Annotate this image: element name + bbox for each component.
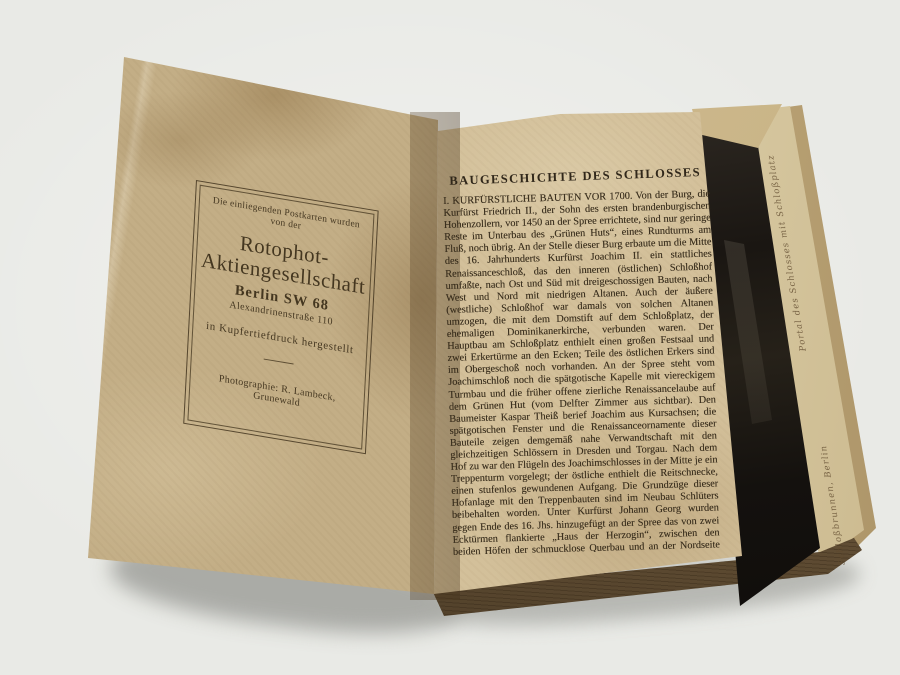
stamp-divider bbox=[264, 359, 294, 365]
book-shadow-left bbox=[107, 527, 464, 647]
stamp-box: Die einliegenden Postkarten wurden von d… bbox=[183, 180, 378, 454]
page-heading: BAUGESCHICHTE DES SCHLOSSES bbox=[444, 165, 706, 189]
photo-of-open-booklet: Die einliegenden Postkarten wurden von d… bbox=[0, 0, 900, 675]
stamp-photographer-credit: Photographie: R. Lambeck, Grunewald bbox=[194, 369, 360, 419]
edge-caption-bottom: Schloßbrunnen, Berlin bbox=[819, 444, 848, 566]
book-shadow-right bbox=[429, 547, 862, 636]
page-body-text: I. KURFÜRSTLICHE BAUTEN VOR 1700. Von de… bbox=[443, 189, 720, 556]
stamp-inner-frame: Die einliegenden Postkarten wurden von d… bbox=[187, 185, 374, 450]
edge-caption-top: Portal des Schlosses mit Schloßplatz bbox=[766, 153, 809, 352]
